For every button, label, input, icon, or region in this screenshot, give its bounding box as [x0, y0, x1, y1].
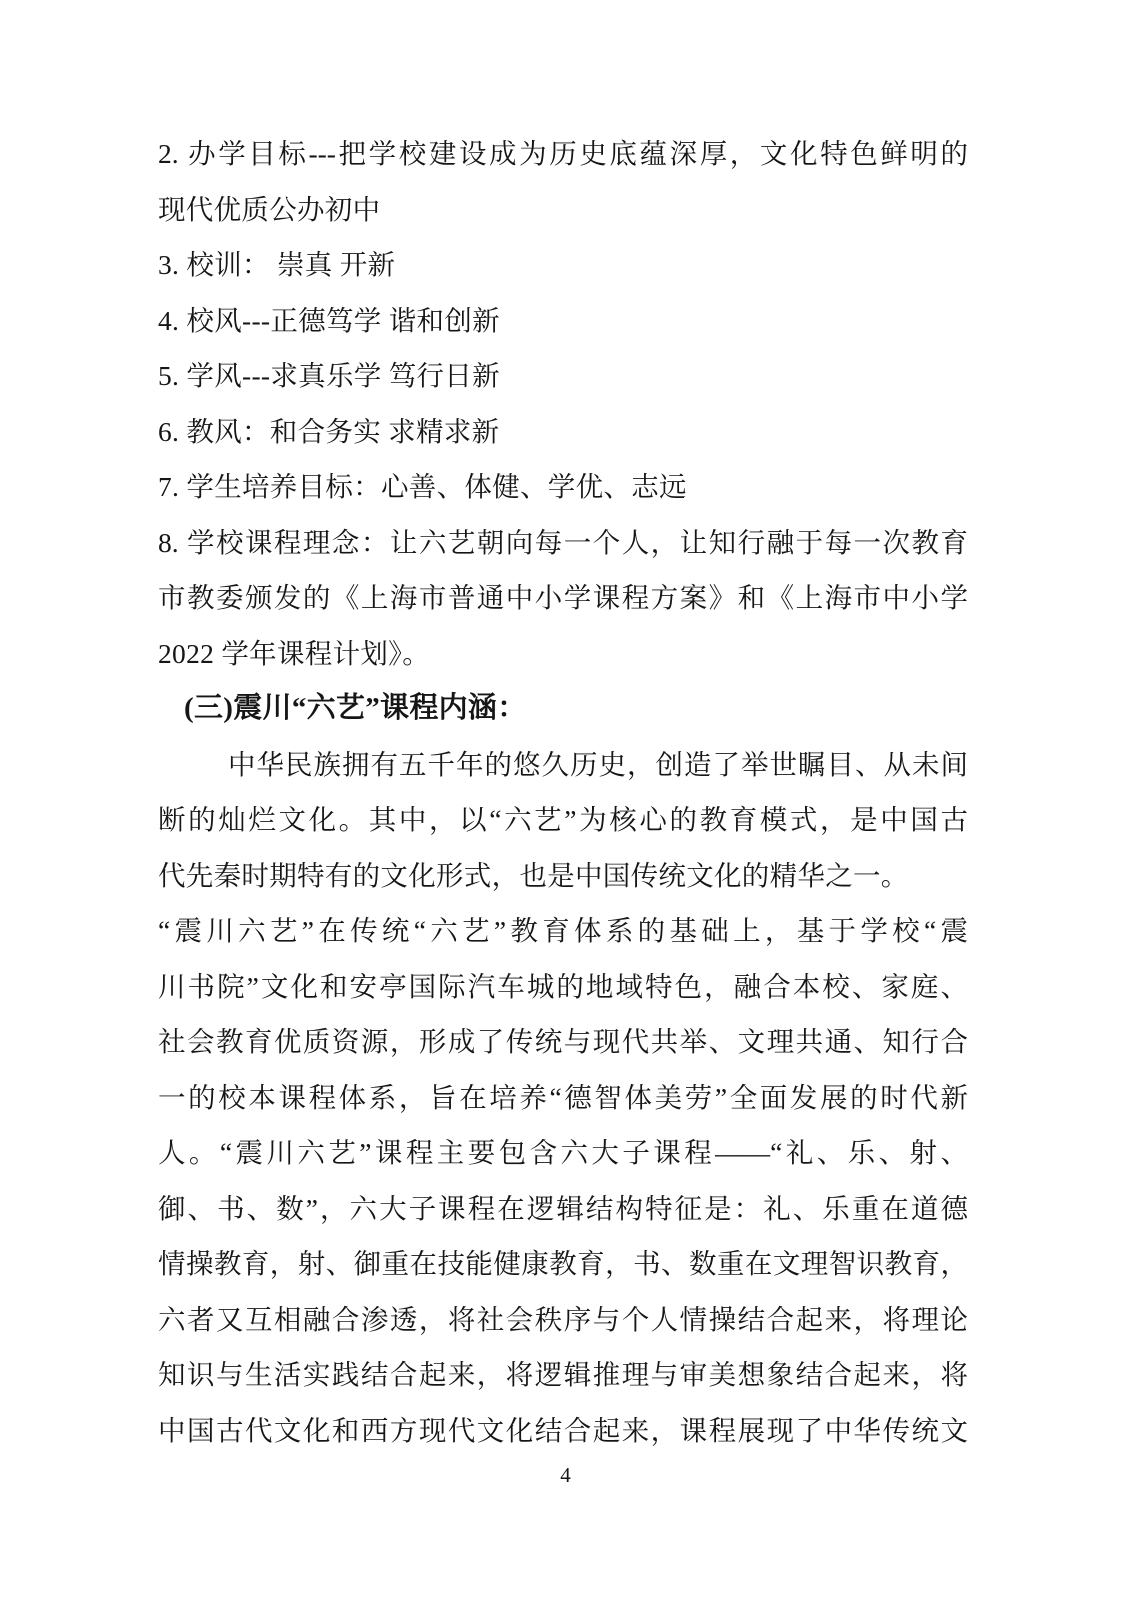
text-line: 一的校本课程体系，旨在培养“德智体美劳”全面发展的时代新	[158, 1070, 968, 1126]
text-line: 市教委颁发的《上海市普通中小学课程方案》和《上海市中小学	[158, 570, 968, 626]
document-body: 2. 办学目标---把学校建设成为历史底蕴深厚，文化特色鲜明的 现代优质公办初中…	[158, 126, 968, 1458]
text-line: 3. 校训： 崇真 开新	[158, 237, 968, 293]
text-line: 六者又互相融合渗透，将社会秩序与个人情操结合起来，将理论	[158, 1292, 968, 1348]
document-page: 2. 办学目标---把学校建设成为历史底蕴深厚，文化特色鲜明的 现代优质公办初中…	[0, 0, 1131, 1600]
text-line: 御、书、数”，六大子课程在逻辑结构特征是：礼、乐重在道德	[158, 1181, 968, 1237]
text-line: 5. 学风---求真乐学 笃行日新	[158, 348, 968, 404]
text-line: 中国古代文化和西方现代文化结合起来，课程展现了中华传统文	[158, 1403, 968, 1459]
text-line: 7. 学生培养目标：心善、体健、学优、志远	[158, 459, 968, 515]
text-line: 中华民族拥有五千年的悠久历史，创造了举世瞩目、从未间	[158, 737, 968, 793]
text-line: 情操教育，射、御重在技能健康教育，书、数重在文理智识教育，	[158, 1236, 968, 1292]
text-line: 川书院”文化和安亭国际汽车城的地域特色，融合本校、家庭、	[158, 959, 968, 1015]
text-line: 断的灿烂文化。其中，以“六艺”为核心的教育模式，是中国古	[158, 792, 968, 848]
text-line: 8. 学校课程理念：让六艺朝向每一个人，让知行融于每一次教育	[158, 515, 968, 571]
text-line: 6. 教风：和合务实 求精求新	[158, 404, 968, 460]
text-line: “震川六艺”在传统“六艺”教育体系的基础上，基于学校“震	[158, 903, 968, 959]
text-line: 代先秦时期特有的文化形式，也是中国传统文化的精华之一。	[158, 848, 968, 904]
text-line: 人。“震川六艺”课程主要包含六大子课程——“礼、乐、射、	[158, 1125, 968, 1181]
text-line: 2022 学年课程计划》。	[158, 626, 968, 682]
page-number: 4	[0, 1460, 1131, 1490]
text-line: 4. 校风---正德笃学 谐和创新	[158, 293, 968, 349]
text-line: 现代优质公办初中	[158, 182, 968, 238]
section-heading: (三)震川“六艺”课程内涵：	[158, 681, 968, 737]
text-line: 2. 办学目标---把学校建设成为历史底蕴深厚，文化特色鲜明的	[158, 126, 968, 182]
text-line: 知识与生活实践结合起来，将逻辑推理与审美想象结合起来，将	[158, 1347, 968, 1403]
text-line: 社会教育优质资源，形成了传统与现代共举、文理共通、知行合	[158, 1014, 968, 1070]
